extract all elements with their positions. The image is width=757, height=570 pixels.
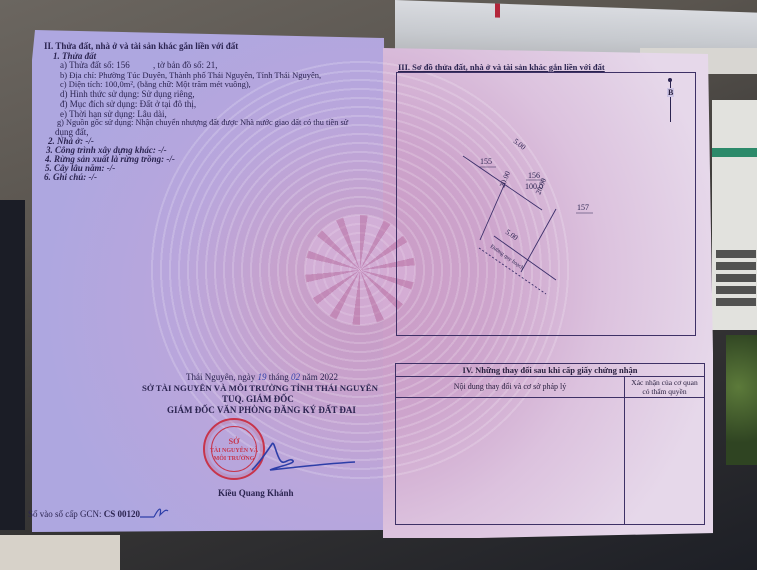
- changes-content-cell: [396, 398, 625, 524]
- section-ii-title: II. Thửa đất, nhà ở và tài sản khác gắn …: [44, 41, 238, 51]
- edge-bottom-length: 5.00: [504, 227, 520, 242]
- usage-origin: g) Nguồn gốc sử dụng: Nhận chuyển nhượng…: [57, 118, 348, 128]
- date-month-label: tháng: [269, 372, 289, 382]
- col-authority-confirmation: Xác nhận của cơ quan có thẩm quyền: [625, 377, 704, 397]
- col-change-content: Nội dung thay đổi và cơ sở pháp lý: [396, 377, 625, 397]
- parcel-area: c) Diện tích: 100,0m², (bằng chữ: Một tr…: [60, 79, 251, 89]
- usage-purpose: đ) Mục đích sử dụng: Đất ở tại đô thị,: [60, 99, 196, 109]
- section-iii-title: III. Sơ đồ thửa đất, nhà ở và tài sản kh…: [398, 62, 605, 72]
- initial-mark-icon: [140, 503, 170, 521]
- changes-table: IV. Những thay đổi sau khi cấp giấy chứn…: [395, 363, 705, 525]
- date-year: năm 2022: [302, 372, 338, 382]
- changes-table-body: [396, 398, 704, 524]
- edge-top-length: 5.00: [512, 136, 528, 151]
- changes-table-header: Nội dung thay đổi và cơ sở pháp lý Xác n…: [396, 377, 704, 398]
- parcel-number: a) Thửa đất số: 156: [60, 60, 130, 70]
- signature-icon: [250, 440, 360, 480]
- registry-label: Số vào sổ cấp GCN:: [28, 509, 102, 519]
- date-prefix: Thái Nguyên, ngày: [186, 372, 255, 382]
- issuer-office: GIÁM ĐỐC VĂN PHÒNG ĐĂNG KÝ ĐẤT ĐAI: [167, 405, 356, 415]
- plot-diagram: 155 156 100.0 157 5.00 20.00 20.00 5.00 …: [396, 72, 694, 334]
- issue-date: Thái Nguyên, ngày 19 tháng 02 năm 2022: [186, 372, 338, 382]
- registry-entry: Số vào sổ cấp GCN: CS 00120: [28, 509, 140, 519]
- col2-line1: Xác nhận của cơ quan: [625, 378, 704, 387]
- issuer-department: SỞ TÀI NGUYÊN VÀ MÔI TRƯỜNG TỈNH THÁI NG…: [142, 383, 378, 393]
- usage-form: d) Hình thức sử dụng: Sử dụng riêng,: [60, 89, 195, 99]
- section-iv-title: IV. Những thay đổi sau khi cấp giấy chứn…: [396, 364, 704, 377]
- edge-left-length: 20.00: [498, 169, 513, 188]
- date-day: 19: [257, 372, 266, 382]
- signer-name: Kiều Quang Khánh: [218, 488, 294, 498]
- notes-section: 6. Ghi chú: -/-: [44, 172, 97, 182]
- certificate: II. Thửa đất, nhà ở và tài sản khác gắn …: [0, 0, 757, 570]
- date-month: 02: [291, 372, 300, 382]
- map-sheet-number: , tờ bản đồ số: 21,: [153, 60, 218, 70]
- neighbor-157: 157: [577, 203, 589, 212]
- registry-number: CS 00120: [104, 509, 140, 519]
- neighbor-155: 155: [480, 157, 492, 166]
- issuer-authorization: TUQ. GIÁM ĐỐC: [222, 394, 294, 404]
- col2-line2: có thẩm quyền: [625, 387, 704, 396]
